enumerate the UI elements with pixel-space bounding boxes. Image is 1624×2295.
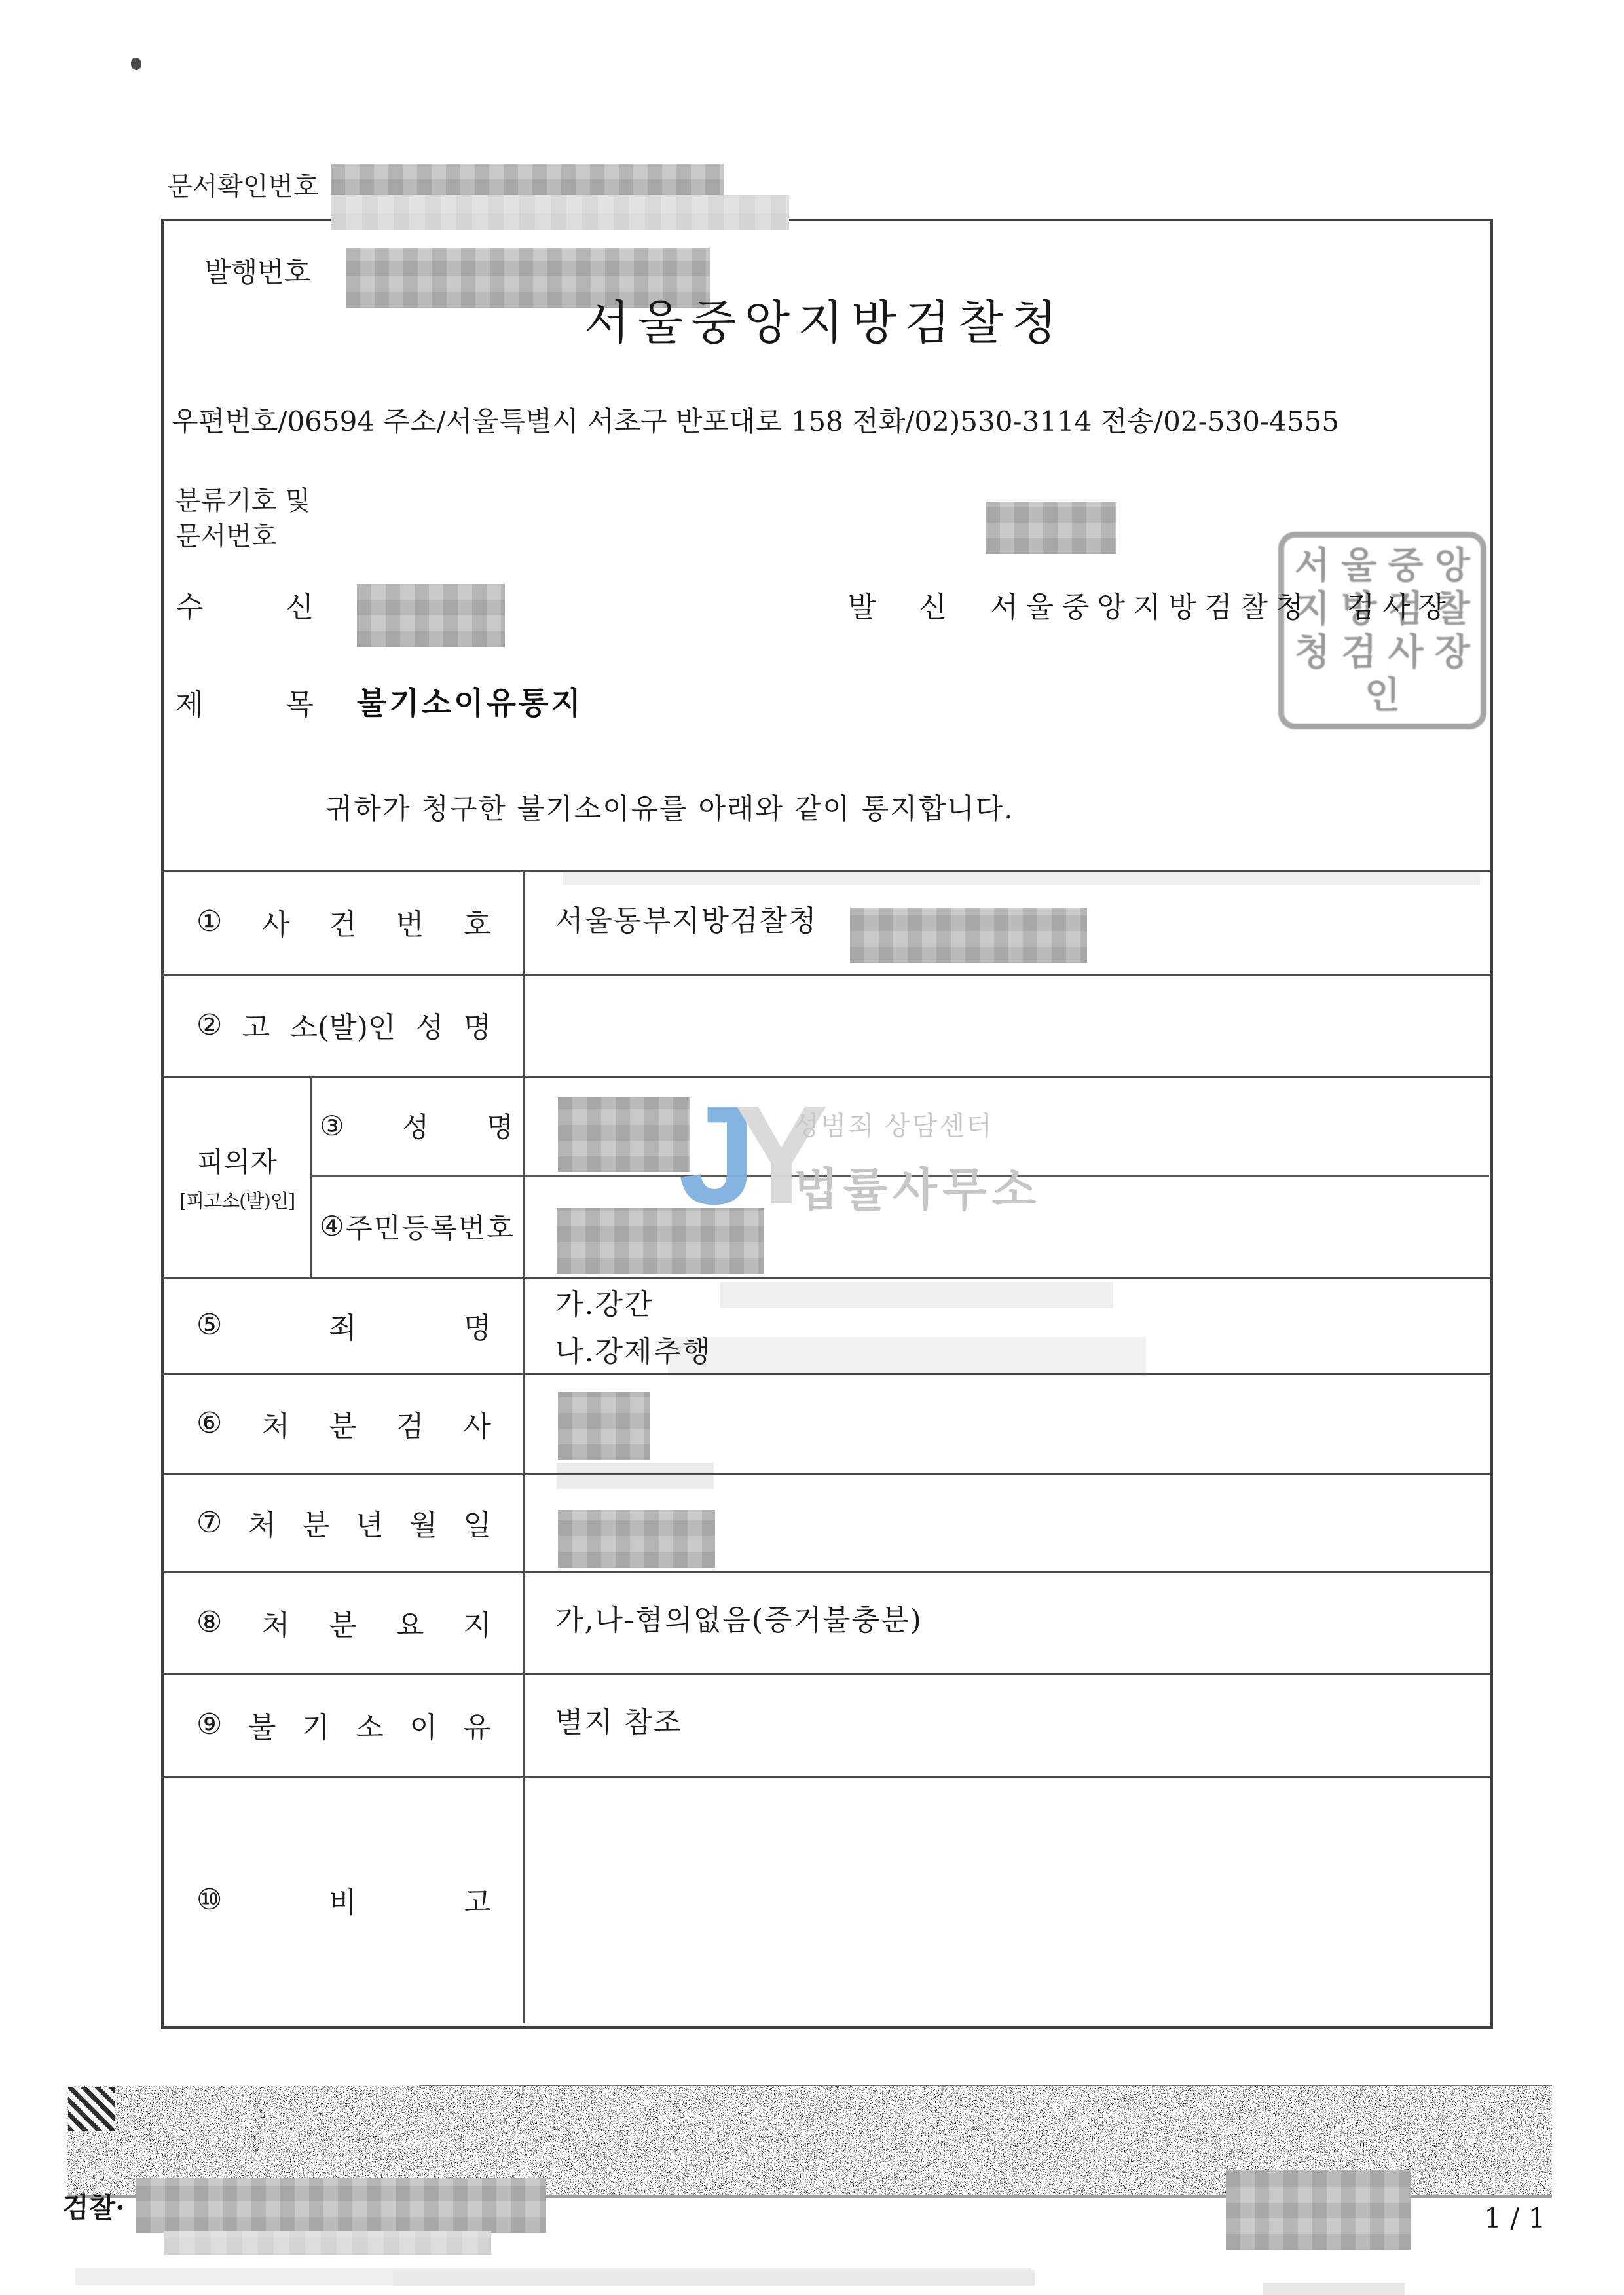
scan-speck (131, 58, 141, 70)
seal-row: 청검사장 (1295, 634, 1470, 670)
watermark-line2: 법률사무소 (794, 1153, 1041, 1219)
class-label-line2: 문서번호 (175, 521, 277, 551)
offense-value-1: 가.강간 (555, 1289, 654, 1322)
page-indicator: 1 / 1 (1484, 2203, 1545, 2234)
row-label-nonprosecution-reason: ⑨불기소이유 (196, 1673, 491, 1776)
scanned-document-page: 문서확인번호 발행번호 서울중앙지방검찰청 우편번호/06594 주소/서울특별… (0, 0, 1624, 2295)
row-label-suspect-group: 피의자 [피고소(발)인] (165, 1076, 309, 1278)
row-label-complainant-name: ②고소(발)인성명 (196, 974, 491, 1076)
scan-artifact (393, 2270, 1035, 2286)
subject-value: 불기소이유통지 (357, 686, 583, 722)
recipient-label: 수 신 (175, 591, 314, 625)
page-title: 서울중앙지방검찰청 (161, 296, 1488, 350)
issue-no-label: 발행번호 (204, 257, 310, 288)
nonprosecution-reason-value: 별지 참조 (555, 1706, 682, 1740)
case-number-redaction (850, 908, 1087, 963)
row-label-case-number: ①사건번호 (196, 870, 491, 974)
suspect-label: 피의자 (197, 1141, 277, 1180)
class-label-line1: 분류기호 및 (175, 486, 310, 516)
doc-confirm-redaction-2 (331, 195, 789, 230)
accused-label: [피고소(발)인] (179, 1186, 295, 1213)
row-label-disposition-summary: ⑧처분요지 (196, 1571, 491, 1673)
disposition-date-redaction (558, 1510, 715, 1568)
footer-left-redaction-2 (164, 2231, 491, 2255)
row-label-offense: ⑤죄명 (196, 1277, 491, 1373)
sender-line: 발 신 서울중앙지방검찰청 검사장 (848, 591, 1454, 625)
footer-right-redaction (1226, 2170, 1411, 2250)
subject-label: 제 목 (175, 689, 314, 722)
table-line (523, 870, 525, 2023)
footer-left-redaction (136, 2178, 546, 2233)
scan-artifact (1263, 2283, 1405, 2295)
row-label-name: ③성명 (320, 1076, 513, 1175)
doc-confirm-label: 문서확인번호 (167, 172, 319, 202)
prosecutor-redaction (558, 1392, 650, 1460)
row-label-resident-id: ④주민등록번호 (320, 1175, 513, 1277)
row-label-remarks: ⑩비고 (196, 1776, 491, 2023)
row-label-prosecutor: ⑥처분검사 (196, 1373, 491, 1473)
official-seal-stamp: 서울중앙 지방검찰 청검사장 인 (1278, 532, 1486, 729)
seal-row: 서울중앙 (1295, 547, 1470, 584)
body-line: 귀하가 청구한 불기소이유를 아래와 같이 통지합니다. (325, 794, 1014, 826)
suspect-name-redaction (558, 1097, 690, 1172)
disposition-summary-value: 가,나-혐의없음(증거불충분) (555, 1604, 923, 1638)
noise-band-corner-stripes (68, 2087, 115, 2131)
recipient-redaction (357, 584, 505, 647)
table-line (310, 1076, 312, 1278)
row-label-disposition-date: ⑦처분년월일 (196, 1473, 491, 1571)
offense-value-2: 나.강제추행 (555, 1336, 712, 1369)
doc-date-redaction (986, 502, 1116, 554)
address-line: 우편번호/06594 주소/서울특별시 서초구 반포대로 158 전화/02)5… (172, 406, 1339, 437)
jy-watermark-text: 성범죄 상담센터 법률사무소 (794, 1105, 1041, 1219)
case-number-value: 서울동부지방검찰청 (555, 905, 818, 938)
watermark-line1: 성범죄 상담센터 (794, 1105, 1041, 1143)
seal-row: 인 (1295, 677, 1470, 714)
footer-left-text: 검찰· (62, 2192, 125, 2224)
